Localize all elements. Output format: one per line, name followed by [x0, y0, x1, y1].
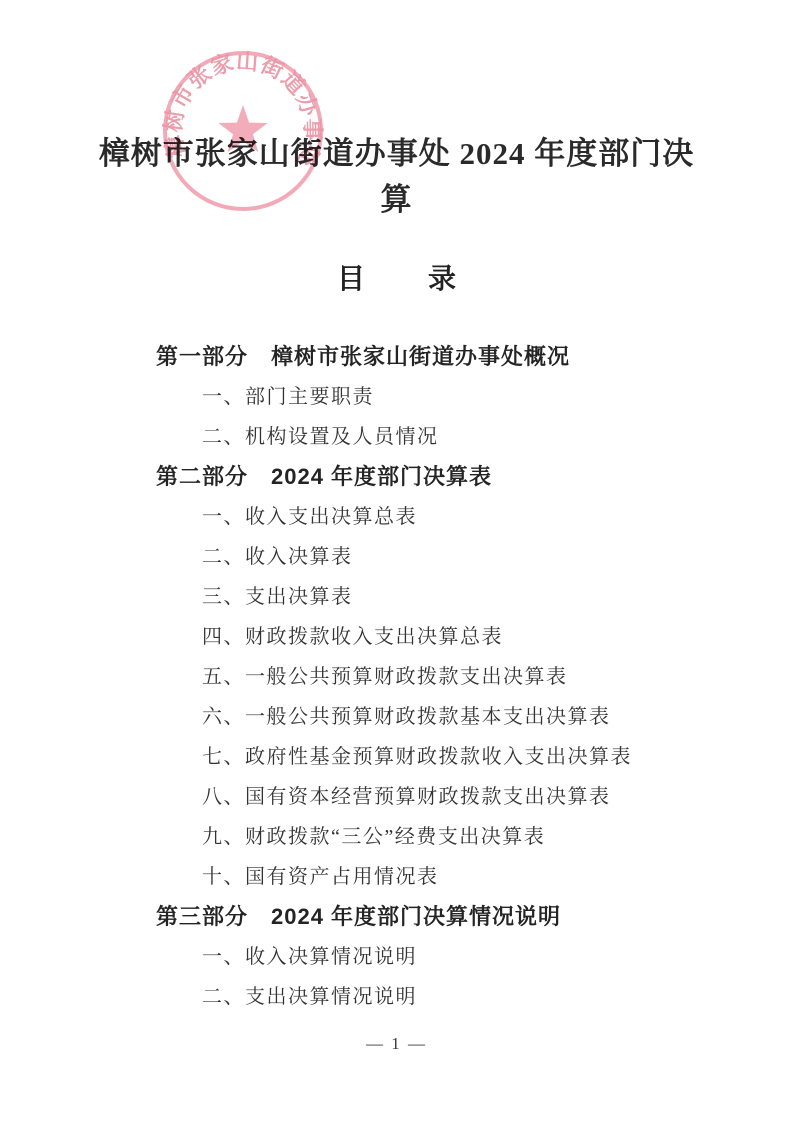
- toc-item: 七、政府性基金预算财政拨款收入支出决算表: [0, 737, 793, 777]
- toc-item: 五、一般公共预算财政拨款支出决算表: [0, 657, 793, 697]
- document-title-line1: 樟树市张家山街道办事处 2024 年度部门决: [0, 131, 793, 177]
- contents-heading-left-char: 目: [337, 264, 365, 295]
- official-seal: 樟树市张家山街道办事处: [151, 39, 335, 223]
- contents-heading-right-char: 录: [428, 264, 456, 295]
- toc-item: 一、部门主要职责: [0, 377, 793, 417]
- toc-item: 二、支出决算情况说明: [0, 977, 793, 1017]
- toc-item: 二、机构设置及人员情况: [0, 417, 793, 457]
- toc-item: 一、收入支出决算总表: [0, 497, 793, 537]
- star-icon: [218, 105, 267, 152]
- toc-item: 三、支出决算表: [0, 577, 793, 617]
- toc-item: 八、国有资本经营预算财政拨款支出决算表: [0, 777, 793, 817]
- toc-item: 四、财政拨款收入支出决算总表: [0, 617, 793, 657]
- toc-item: 一、收入决算情况说明: [0, 937, 793, 977]
- toc-item: 九、财政拨款“三公”经费支出决算表: [0, 817, 793, 857]
- toc-item: 二、收入决算表: [0, 537, 793, 577]
- page-number: — 1 —: [0, 1034, 793, 1054]
- toc-section-heading: 第二部分 2024 年度部门决算表: [0, 457, 793, 497]
- contents-heading: 目录: [0, 257, 793, 297]
- toc-section-heading: 第一部分 樟树市张家山街道办事处概况: [0, 337, 793, 377]
- toc-item: 十、国有资产占用情况表: [0, 857, 793, 897]
- official-seal-graphic: 樟树市张家山街道办事处: [151, 39, 335, 223]
- document-page: 樟树市张家山街道办事处 2024 年度部门决 算 樟树市张家山街道办事处 目录 …: [0, 0, 793, 1122]
- table-of-contents: 第一部分 樟树市张家山街道办事处概况 一、部门主要职责 二、机构设置及人员情况 …: [0, 337, 793, 1017]
- document-title: 樟树市张家山街道办事处 2024 年度部门决 算: [0, 131, 793, 223]
- toc-item: 六、一般公共预算财政拨款基本支出决算表: [0, 697, 793, 737]
- toc-section-heading: 第三部分 2024 年度部门决算情况说明: [0, 897, 793, 937]
- document-title-line2: 算: [0, 177, 793, 223]
